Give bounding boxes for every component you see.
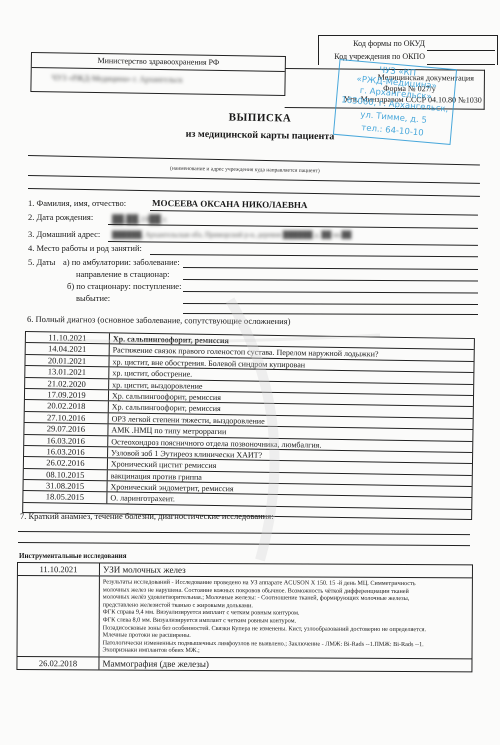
field-line [183,279,478,282]
destination-line [28,155,480,165]
exam-results: Результаты исследований - Исследование п… [100,576,472,658]
field-line [108,241,478,246]
address-label: 3. Домашний адрес: [28,229,100,239]
exam-date: 11.10.2021 [18,563,100,575]
okud-value-line [427,50,495,51]
anamnesis-label: 7. Краткий анамнез, течение болезни, диа… [20,511,274,521]
form-line [28,188,480,197]
instrumental-table: 11.10.2021 УЗИ молочных желез Результаты… [16,562,473,672]
diagnosis-date: 16.03.2016 [24,446,108,458]
form-line [28,175,480,184]
field-line [150,254,478,257]
diagnosis-table: 11.10.2021 Хр. сальпингоофорит, ремиссия… [22,331,475,520]
dob-label: 2. Дата рождения: [28,212,93,222]
diagnosis-date: 29.07.2016 [24,423,108,435]
diagnosis-label: 6. Полный диагноз (основное заболевание,… [27,314,291,326]
dob-value-redacted: ██.██.19██ г. [112,214,168,224]
diagnosis-date: 20.01.2021 [25,355,109,367]
diagnosis-date: 13.01.2021 [25,366,109,378]
okpo-value-line [427,64,495,65]
diagnosis-date: 18.05.2015 [23,491,107,503]
field-line [108,224,478,229]
ministry-box: Министерство здравоохранения РФ ЧУЗ «РЖД… [30,52,286,96]
diagnosis-date: 21.02.2020 [25,378,109,390]
table-row: 26.02.2018 Маммография (две железы) [17,657,471,671]
inpatient-admission-label: б) по стационару: поступление: [67,281,181,291]
diagnosis-date: 27.10.2016 [25,412,109,424]
name-value: МОСЕЕВА ОКСАНА НИКОЛАЕВНА [152,198,308,210]
divider [32,67,285,72]
diagnosis-date: 17.09.2019 [25,389,109,401]
ministry-title: Министерство здравоохранения РФ [32,55,285,68]
referral-label: направление в стационар: [76,269,169,279]
field-line [183,291,478,294]
diagnosis-date: 11.10.2021 [26,332,110,344]
address-value-redacted: ██████, Архангельская обл, Приморский р-… [112,231,351,239]
field-line [183,267,478,270]
diagnosis-date: 26.02.2016 [24,457,108,469]
dates-label: 5. Даты [28,257,55,267]
field-line [183,303,478,305]
document-page: Код формы по ОКУД Код учреждения по ОКПО… [0,0,500,745]
table-row: Результаты исследований - Исследование п… [18,576,472,659]
anamnesis-line [18,531,470,535]
exam-title: Маммография (две железы) [99,657,471,671]
outpatient-disease-label: а) по амбулатории: заболевание: [63,257,180,267]
work-label: 4. Место работы и род занятий: [28,243,142,253]
diagnosis-date: 08.10.2015 [24,469,108,481]
name-label: 1. Фамилия, имя, отчество: [28,198,126,208]
diagnosis-date: 14.04.2021 [26,343,110,355]
anamnesis-line [18,542,470,546]
exam-date: 26.02.2018 [17,657,99,669]
discharge-label: выбытие: [76,293,110,303]
diagnosis-date: 20.02.2018 [25,400,109,412]
exam-title: УЗИ молочных желез [100,563,472,577]
okud-label: Код формы по ОКУД [353,39,425,48]
field-line [150,210,478,216]
diagnosis-date: 31.08.2015 [23,480,107,492]
diagnosis-date: 16.03.2016 [24,435,108,447]
organization-name-redacted: ЧУЗ «РЖД-Медицина» г. Архангельск [52,73,183,84]
destination-caption: (наименование и адрес учреждения куда на… [170,166,320,175]
instrumental-heading: Инструментальные исследования [19,552,127,560]
result-line: Эхопризнаки имплантов обеих МЖ.; [103,647,469,657]
